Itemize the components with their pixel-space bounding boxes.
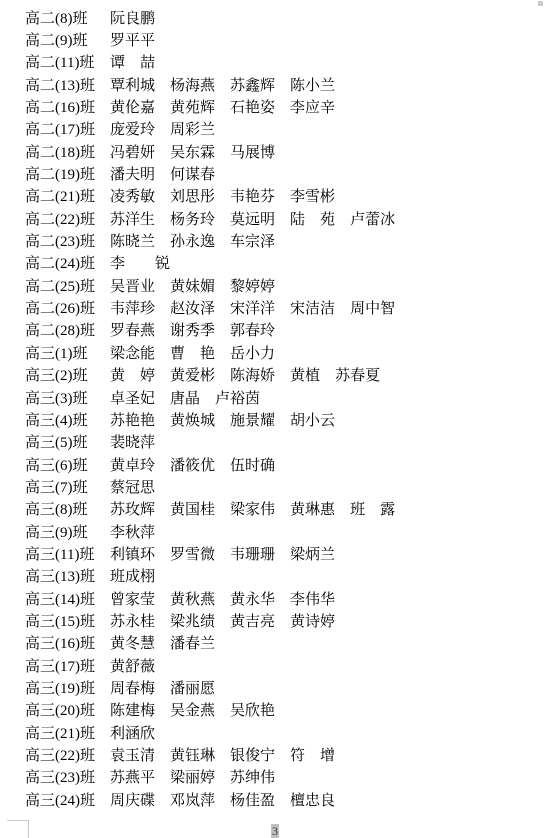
student-name: 周中智 <box>350 297 395 318</box>
class-name-list: 高二(8)班 阮良鹏 高二(9)班 罗平平 高二(11)班 谭 喆 高二(13)… <box>25 6 544 810</box>
student-name: 孙永逸 <box>170 230 215 251</box>
class-label: 高二(23)班 <box>25 230 110 251</box>
table-row: 高二(24)班 李 锐 <box>25 252 544 274</box>
class-label: 高二(25)班 <box>25 275 110 296</box>
student-name: 吴晋业 <box>110 275 155 296</box>
student-name: 黄植 <box>290 364 320 385</box>
table-row: 高二(22)班 苏洋生杨务玲莫远明陆 苑卢蕾冰 <box>25 207 544 229</box>
student-name: 石艳姿 <box>230 96 275 117</box>
student-name: 周庆碟 <box>110 789 155 810</box>
class-label: 高二(16)班 <box>25 96 110 117</box>
student-name: 梁炳兰 <box>290 543 335 564</box>
student-name: 杨务玲 <box>170 208 215 229</box>
table-row: 高三(11)班 利镇环罗雪微韦珊珊梁炳兰 <box>25 542 544 564</box>
table-row: 高二(13)班 覃利城杨海燕苏鑫辉陈小兰 <box>25 73 544 95</box>
student-name: 利涵欣 <box>110 722 155 743</box>
page-number-field: 3 <box>271 824 279 838</box>
student-name: 施景耀 <box>230 409 275 430</box>
student-name: 黄伦嘉 <box>110 96 155 117</box>
student-name: 吴东霖 <box>170 141 215 162</box>
class-label: 高二(18)班 <box>25 141 110 162</box>
student-name: 李应辛 <box>290 96 335 117</box>
class-label: 高二(11)班 <box>25 51 110 72</box>
table-row: 高二(16)班 黄伦嘉黄苑辉石艳姿李应辛 <box>25 95 544 117</box>
student-name: 黄秋燕 <box>170 588 215 609</box>
student-name: 班 露 <box>350 498 395 519</box>
table-row: 高三(17)班 黄舒薇 <box>25 654 544 676</box>
student-name: 黄琳惠 <box>290 498 335 519</box>
student-name: 檀忠良 <box>290 789 335 810</box>
student-name: 苏艳艳 <box>110 409 155 430</box>
student-name: 梁兆绩 <box>170 610 215 631</box>
student-name: 阮良鹏 <box>110 7 155 28</box>
table-row: 高二(19)班 潘夫明何谋春 <box>25 162 544 184</box>
student-name: 苏洋生 <box>110 208 155 229</box>
student-name: 岳小力 <box>230 342 275 363</box>
class-label: 高三(1)班 <box>25 342 110 363</box>
class-label: 高三(4)班 <box>25 409 110 430</box>
student-name: 苏春夏 <box>335 364 380 385</box>
document-page[interactable]: 高二(8)班 阮良鹏 高二(9)班 罗平平 高二(11)班 谭 喆 高二(13)… <box>0 0 544 838</box>
table-row: 高二(18)班 冯碧妍吴东霖马展博 <box>25 140 544 162</box>
student-name: 赵汝泽 <box>170 297 215 318</box>
student-name: 车宗泽 <box>230 230 275 251</box>
class-label: 高三(17)班 <box>25 655 110 676</box>
student-name: 陈晓兰 <box>110 230 155 251</box>
table-row: 高二(28)班 罗春燕谢秀季郭春玲 <box>25 319 544 341</box>
table-row: 高二(9)班 罗平平 <box>25 28 544 50</box>
table-row: 高三(5)班 裴晓萍 <box>25 431 544 453</box>
table-row: 高三(3)班 卓圣妃唐晶卢裕茵 <box>25 386 544 408</box>
class-label: 高三(5)班 <box>25 431 110 452</box>
student-name: 杨佳盈 <box>230 789 275 810</box>
class-label: 高二(22)班 <box>25 208 110 229</box>
class-label: 高二(26)班 <box>25 297 110 318</box>
student-name: 郭春玲 <box>230 319 275 340</box>
student-name: 黄舒薇 <box>110 655 155 676</box>
student-name: 苏玫辉 <box>110 498 155 519</box>
student-name: 袁玉清 <box>110 744 155 765</box>
student-name: 黄吉亮 <box>230 610 275 631</box>
student-name: 周彩兰 <box>170 118 215 139</box>
student-name: 曾家莹 <box>110 588 155 609</box>
class-label: 高三(9)班 <box>25 521 110 542</box>
class-label: 高三(23)班 <box>25 766 110 787</box>
table-row: 高三(9)班 李秋萍 <box>25 520 544 542</box>
student-name: 宋洁洁 <box>290 297 335 318</box>
student-name: 陆 苑 <box>290 208 335 229</box>
student-name: 庞爱玲 <box>110 118 155 139</box>
student-name: 黄卓玲 <box>110 454 155 475</box>
student-name: 卢蕾冰 <box>350 208 395 229</box>
table-row: 高二(26)班 韦萍珍赵汝泽宋洋洋宋洁洁周中智 <box>25 296 544 318</box>
student-name: 苏永桂 <box>110 610 155 631</box>
student-name: 裴晓萍 <box>110 431 155 452</box>
student-name: 谢秀季 <box>170 319 215 340</box>
student-name: 黄永华 <box>230 588 275 609</box>
student-name: 刘思彤 <box>170 185 215 206</box>
student-name: 谭 喆 <box>110 51 155 72</box>
student-name: 杨海燕 <box>170 74 215 95</box>
class-label: 高三(20)班 <box>25 699 110 720</box>
student-name: 唐晶 <box>170 387 200 408</box>
table-row: 高三(19)班 周春梅潘丽愿 <box>25 676 544 698</box>
class-label: 高二(21)班 <box>25 185 110 206</box>
class-label: 高三(13)班 <box>25 565 110 586</box>
class-label: 高三(11)班 <box>25 543 110 564</box>
student-name: 覃利城 <box>110 74 155 95</box>
class-label: 高二(9)班 <box>25 29 110 50</box>
student-name: 李雪彬 <box>290 185 335 206</box>
student-name: 蔡冠思 <box>110 476 155 497</box>
table-row: 高三(2)班 黄 婷黄爱彬陈海娇黄植苏春夏 <box>25 364 544 386</box>
table-row: 高二(25)班 吴晋业黄妹媚黎婷婷 <box>25 274 544 296</box>
table-row: 高三(20)班 陈建梅吴金燕吴欣艳 <box>25 699 544 721</box>
student-name: 卢裕茵 <box>215 387 260 408</box>
class-label: 高二(19)班 <box>25 163 110 184</box>
text-boundary-corner-mark <box>7 820 29 838</box>
student-name: 潘春兰 <box>170 632 215 653</box>
student-name: 宋洋洋 <box>230 297 275 318</box>
student-name: 潘夫明 <box>110 163 155 184</box>
student-name: 卓圣妃 <box>110 387 155 408</box>
student-name: 吴金燕 <box>170 699 215 720</box>
student-name: 韦艳芬 <box>230 185 275 206</box>
student-name: 黄冬慧 <box>110 632 155 653</box>
class-label: 高三(14)班 <box>25 588 110 609</box>
table-row: 高三(13)班 班成栩 <box>25 565 544 587</box>
class-label: 高三(15)班 <box>25 610 110 631</box>
class-label: 高三(6)班 <box>25 454 110 475</box>
student-name: 凌秀敏 <box>110 185 155 206</box>
student-name: 罗雪微 <box>170 543 215 564</box>
table-row: 高三(15)班 苏永桂梁兆绩黄吉亮黄诗婷 <box>25 609 544 631</box>
table-row: 高三(6)班 黄卓玲潘筱优伍时确 <box>25 453 544 475</box>
student-name: 陈海娇 <box>230 364 275 385</box>
table-row: 高三(8)班 苏玫辉黄国桂梁家伟黄琳惠班 露 <box>25 498 544 520</box>
student-name: 梁丽婷 <box>170 766 215 787</box>
student-name: 韦萍珍 <box>110 297 155 318</box>
student-name: 罗平平 <box>110 29 155 50</box>
student-name: 李秋萍 <box>110 521 155 542</box>
student-name: 苏燕平 <box>110 766 155 787</box>
student-name: 梁念能 <box>110 342 155 363</box>
class-label: 高二(24)班 <box>25 252 110 273</box>
student-name: 黄诗婷 <box>290 610 335 631</box>
student-name: 伍时确 <box>230 454 275 475</box>
class-label: 高三(21)班 <box>25 722 110 743</box>
student-name: 黄苑辉 <box>170 96 215 117</box>
table-row: 高三(23)班 苏燕平梁丽婷苏绅伟 <box>25 766 544 788</box>
table-row: 高三(7)班 蔡冠思 <box>25 475 544 497</box>
student-name: 黄妹媚 <box>170 275 215 296</box>
student-name: 利镇环 <box>110 543 155 564</box>
top-right-artifact-mark <box>538 1 543 6</box>
student-name: 李 锐 <box>110 252 170 273</box>
student-name: 苏鑫辉 <box>230 74 275 95</box>
table-row: 高三(21)班 利涵欣 <box>25 721 544 743</box>
table-row: 高三(4)班 苏艳艳黄焕城施景耀胡小云 <box>25 408 544 430</box>
student-name: 马展博 <box>230 141 275 162</box>
class-label: 高三(19)班 <box>25 677 110 698</box>
student-name: 韦珊珊 <box>230 543 275 564</box>
student-name: 周春梅 <box>110 677 155 698</box>
table-row: 高二(11)班 谭 喆 <box>25 51 544 73</box>
class-label: 高三(2)班 <box>25 364 110 385</box>
student-name: 何谋春 <box>170 163 215 184</box>
student-name: 苏绅伟 <box>230 766 275 787</box>
student-name: 曹 艳 <box>170 342 215 363</box>
student-name: 陈建梅 <box>110 699 155 720</box>
student-name: 吴欣艳 <box>230 699 275 720</box>
student-name: 黄钰琳 <box>170 744 215 765</box>
student-name: 黄 婷 <box>110 364 155 385</box>
class-label: 高三(7)班 <box>25 476 110 497</box>
table-row: 高三(24)班 周庆碟邓岚萍杨佳盈檀忠良 <box>25 788 544 810</box>
class-label: 高二(13)班 <box>25 74 110 95</box>
student-name: 潘筱优 <box>170 454 215 475</box>
student-name: 梁家伟 <box>230 498 275 519</box>
class-label: 高二(8)班 <box>25 7 110 28</box>
table-row: 高二(8)班 阮良鹏 <box>25 6 544 28</box>
student-name: 李伟华 <box>290 588 335 609</box>
table-row: 高三(22)班 袁玉清黄钰琳银俊宁符 增 <box>25 743 544 765</box>
student-name: 黄爱彬 <box>170 364 215 385</box>
student-name: 莫远明 <box>230 208 275 229</box>
table-row: 高三(1)班 梁念能曹 艳岳小力 <box>25 341 544 363</box>
student-name: 黄焕城 <box>170 409 215 430</box>
table-row: 高三(16)班 黄冬慧潘春兰 <box>25 632 544 654</box>
class-label: 高二(28)班 <box>25 319 110 340</box>
student-name: 黎婷婷 <box>230 275 275 296</box>
student-name: 银俊宁 <box>230 744 275 765</box>
class-label: 高三(24)班 <box>25 789 110 810</box>
table-row: 高二(21)班 凌秀敏刘思彤韦艳芬李雪彬 <box>25 185 544 207</box>
class-label: 高三(8)班 <box>25 498 110 519</box>
class-label: 高三(22)班 <box>25 744 110 765</box>
student-name: 符 增 <box>290 744 335 765</box>
student-name: 黄国桂 <box>170 498 215 519</box>
student-name: 陈小兰 <box>290 74 335 95</box>
class-label: 高三(16)班 <box>25 632 110 653</box>
student-name: 班成栩 <box>110 565 155 586</box>
class-label: 高三(3)班 <box>25 387 110 408</box>
table-row: 高二(23)班 陈晓兰孙永逸车宗泽 <box>25 229 544 251</box>
table-row: 高三(14)班 曾家莹黄秋燕黄永华李伟华 <box>25 587 544 609</box>
student-name: 邓岚萍 <box>170 789 215 810</box>
student-name: 潘丽愿 <box>170 677 215 698</box>
student-name: 罗春燕 <box>110 319 155 340</box>
class-label: 高二(17)班 <box>25 118 110 139</box>
table-row: 高二(17)班 庞爱玲周彩兰 <box>25 118 544 140</box>
student-name: 冯碧妍 <box>110 141 155 162</box>
student-name: 胡小云 <box>290 409 335 430</box>
